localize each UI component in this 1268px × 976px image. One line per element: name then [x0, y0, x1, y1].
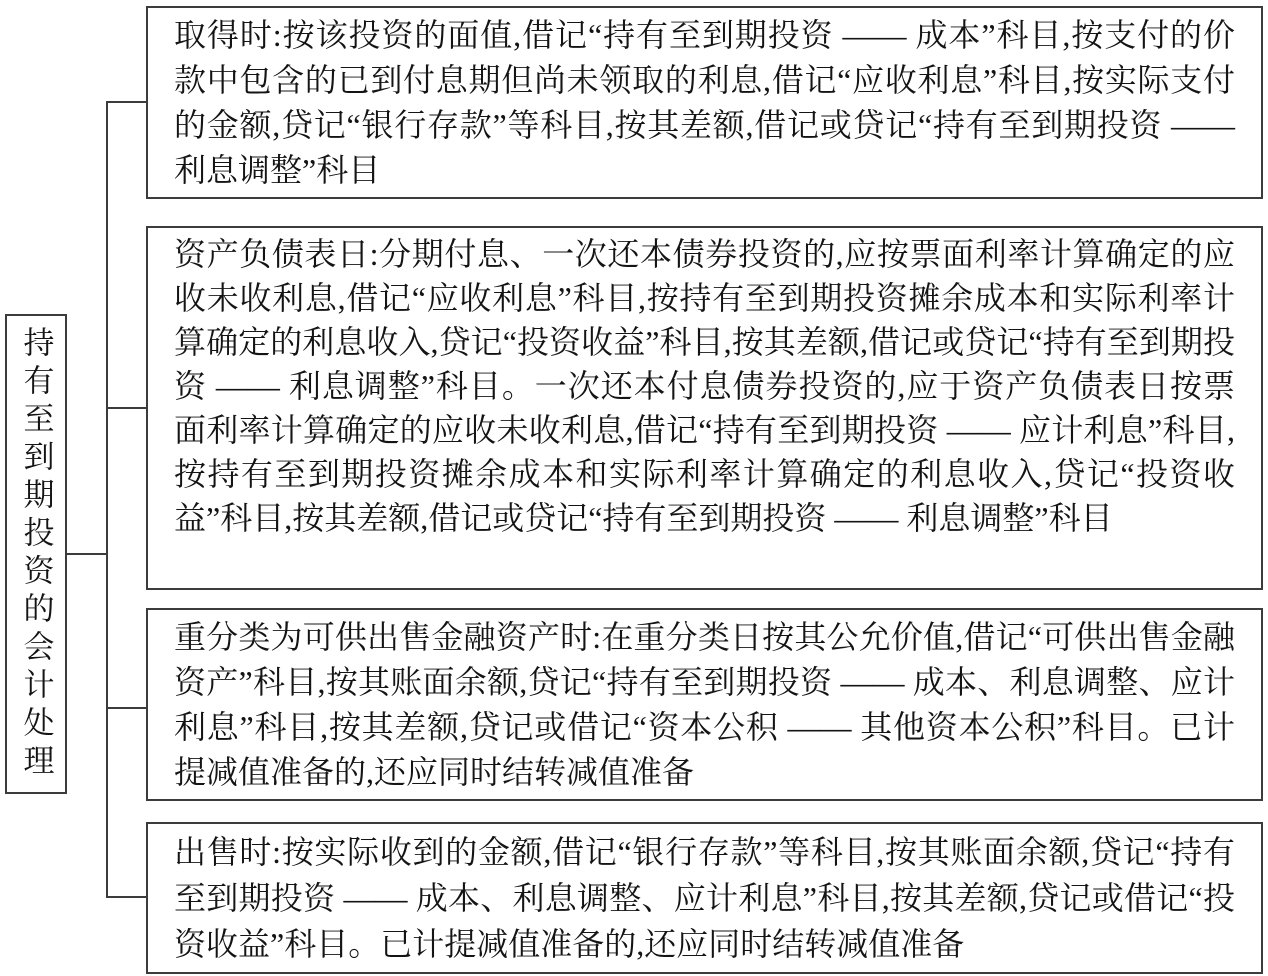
root-node-label: 持有至到期投资的会计处理	[21, 326, 52, 782]
root-node: 持有至到期投资的会计处理	[5, 314, 67, 794]
branch-text-disposal: 出售时:按实际收到的金额,借记“银行存款”等科目,按其账面余额,贷记“持有至到期…	[148, 824, 1261, 967]
connector-branch2-stub	[106, 407, 146, 409]
branch-box-disposal: 出售时:按实际收到的金额,借记“银行存款”等科目,按其账面余额,贷记“持有至到期…	[146, 822, 1263, 974]
branch-box-reclassification: 重分类为可供出售金融资产时:在重分类日按其公允价值,借记“可供出售金融资产”科目…	[146, 608, 1263, 801]
connector-branch3-stub	[106, 707, 146, 709]
branch-text-acquisition: 取得时:按该投资的面值,借记“持有至到期投资 —— 成本”科目,按支付的价款中包…	[148, 8, 1261, 193]
connector-root-stub	[66, 553, 107, 555]
branch-box-acquisition: 取得时:按该投资的面值,借记“持有至到期投资 —— 成本”科目,按支付的价款中包…	[146, 6, 1263, 199]
connector-trunk	[106, 101, 108, 898]
branch-text-reclassification: 重分类为可供出售金融资产时:在重分类日按其公允价值,借记“可供出售金融资产”科目…	[148, 610, 1261, 795]
diagram-canvas: 持有至到期投资的会计处理 取得时:按该投资的面值,借记“持有至到期投资 —— 成…	[0, 0, 1268, 976]
branch-box-balance-sheet-date: 资产负债表日:分期付息、一次还本债券投资的,应按票面利率计算确定的应收未收利息,…	[146, 226, 1263, 590]
connector-branch4-stub	[106, 896, 146, 898]
connector-branch1-stub	[106, 101, 146, 103]
branch-text-balance-sheet-date: 资产负债表日:分期付息、一次还本债券投资的,应按票面利率计算确定的应收未收利息,…	[148, 228, 1261, 540]
